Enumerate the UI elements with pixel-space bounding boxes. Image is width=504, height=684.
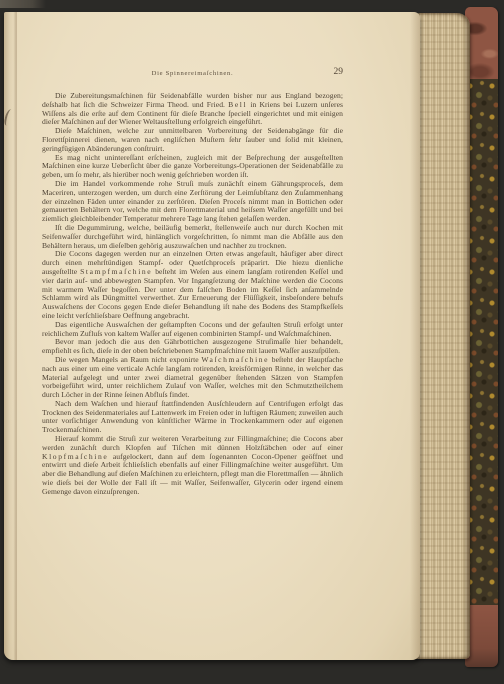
paragraph-text: Das eigentliche Auswaſchen der geſtampft…: [42, 320, 343, 338]
book-fore-edge-pages: [412, 13, 470, 659]
emphasized-term: Stampfmaſchine: [80, 267, 152, 276]
book-page: Die Spinnereimaſchinen. 29 Die Zubereitu…: [4, 12, 420, 660]
paragraph: Nach dem Waſchen und hierauf ſtattfinden…: [42, 400, 343, 435]
paragraph: Die Cocons dagegen werden nur an einzeln…: [42, 250, 343, 320]
paragraph: Bevor man jedoch die aus den Gährbottich…: [42, 338, 343, 356]
paragraph-text: Die im Handel vorkommende rohe Struſi mu…: [42, 179, 343, 223]
paragraph: Die im Handel vorkommende rohe Struſi mu…: [42, 180, 343, 224]
paragraph: Hierauf kommt die Struſi zur weiteren Ve…: [42, 435, 343, 497]
paragraph-text: Hierauf kommt die Struſi zur weiteren Ve…: [42, 434, 343, 452]
paragraph-text: Die wegen Mangels an Raum nicht exponirt…: [55, 355, 201, 364]
page-number: 29: [334, 67, 344, 77]
paragraph: Dieſe Maſchinen, welche zur unmittelbare…: [42, 127, 343, 153]
paragraph-text: Es mag nicht unintereſſant erſcheinen, z…: [42, 153, 343, 180]
paragraph-text: Dieſe Maſchinen, welche zur unmittelbare…: [42, 126, 343, 153]
emphasized-term: Klopfmaſchine: [42, 452, 108, 461]
paragraph: Das eigentliche Auswaſchen der geſtampft…: [42, 321, 343, 339]
emphasized-term: Bell: [228, 100, 247, 109]
running-header: Die Spinnereimaſchinen. 29: [42, 70, 343, 84]
paragraph-text: beſteht im Weſen aus einem langſam rotir…: [42, 267, 343, 320]
running-header-title: Die Spinnereimaſchinen.: [42, 70, 343, 77]
paragraph: Die wegen Mangels an Raum nicht exponirt…: [42, 356, 343, 400]
paragraph: Die Zubereitungsmaſchinen für Seidenabfä…: [42, 92, 343, 127]
paragraph: Iſt die Degummirung, welche, beiläufig b…: [42, 224, 343, 250]
paragraph-text: Iſt die Degummirung, welche, beiläufig b…: [42, 223, 343, 250]
paragraph-text: Bevor man jedoch die aus den Gährbottich…: [42, 337, 343, 355]
paragraph-text: Nach dem Waſchen und hierauf ſtattfinden…: [42, 399, 343, 434]
book-scan: Die Spinnereimaſchinen. 29 Die Zubereitu…: [0, 0, 504, 684]
paragraph: Es mag nicht unintereſſant erſcheinen, z…: [42, 154, 343, 180]
text-block: Die Zubereitungsmaſchinen für Seidenabfä…: [42, 92, 343, 497]
emphasized-term: Waſchmaſchine: [201, 355, 269, 364]
cover-top-edge: [0, 0, 46, 8]
page-edge-mark: [3, 108, 14, 126]
